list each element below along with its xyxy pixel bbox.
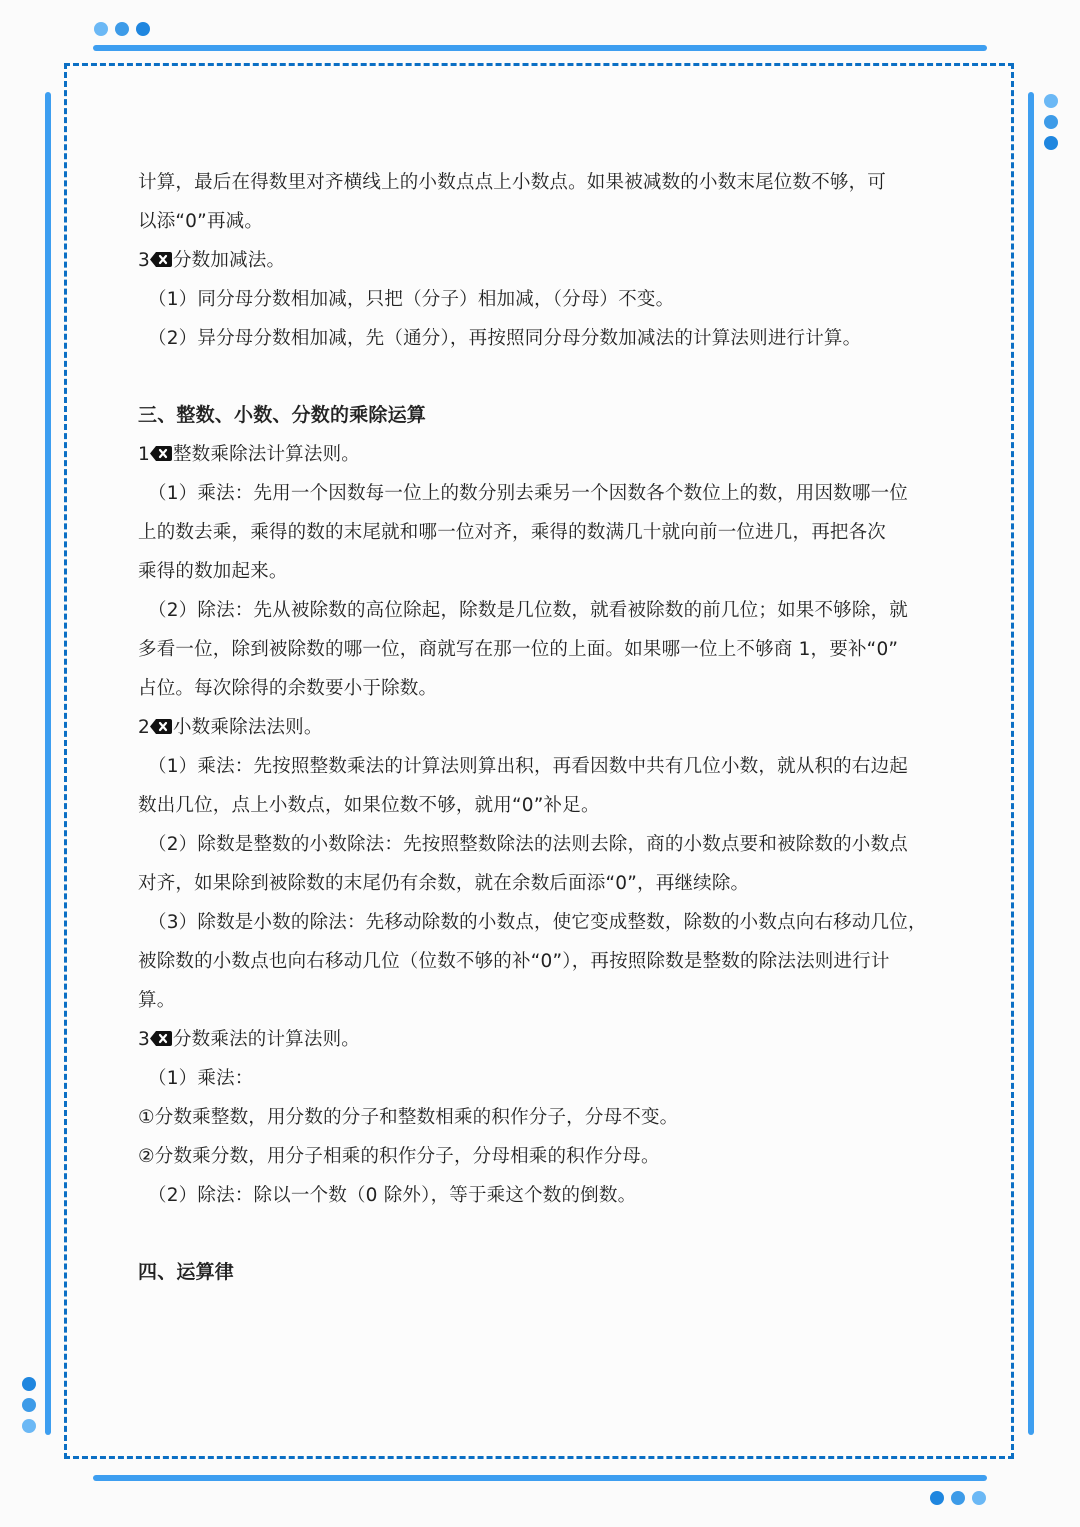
sub-item: （1）乘法：先按照整数乘法的计算法则算出积，再看因数中共有几位小数，就从积的右边… — [138, 747, 948, 786]
decor-dot-right-1 — [1044, 94, 1058, 108]
document-body: 计算，最后在得数里对齐横线上的小数点点上小数点。如果被减数的小数末尾位数不够，可… — [138, 163, 948, 1292]
list-item-heading: 2小数乘除法法则。 — [138, 708, 948, 747]
paragraph-line: ①分数乘整数，用分数的分子和整数相乘的积作分子，分母不变。 — [138, 1098, 948, 1137]
item-title: 分数加减法。 — [173, 250, 285, 271]
decor-dot-right-3 — [1044, 136, 1058, 150]
sub-item: （2）异分母分数相加减，先（通分），再按照同分母分数加减法的计算法则进行计算。 — [138, 319, 948, 358]
sub-item: （3）除数是小数的除法：先移动除数的小数点，使它变成整数，除数的小数点向右移动几… — [138, 903, 948, 942]
decor-bar-left — [45, 92, 51, 1435]
sub-item: （1）乘法： — [138, 1059, 948, 1098]
decor-dot-bottom-3 — [972, 1491, 986, 1505]
decor-dot-bottom-1 — [930, 1491, 944, 1505]
item-title: 分数乘法的计算法则。 — [173, 1029, 360, 1050]
decor-dot-left-1 — [22, 1377, 36, 1391]
sub-item: （1）乘法：先用一个因数每一位上的数分别去乘另一个因数各个数位上的数，用因数哪一… — [138, 474, 948, 513]
decor-dot-top-2 — [115, 22, 129, 36]
sub-item: （2）除数是整数的小数除法：先按照整数除法的法则去除，商的小数点要和被除数的小数… — [138, 825, 948, 864]
list-item-heading: 1整数乘除法计算法则。 — [138, 435, 948, 474]
decor-dot-left-2 — [22, 1398, 36, 1412]
sub-item: （2）除法：先从被除数的高位除起，除数是几位数，就看被除数的前几位；如果不够除，… — [138, 591, 948, 630]
sub-item: （1）同分母分数相加减，只把（分子）相加减，（分母）不变。 — [138, 280, 948, 319]
item-number: 1 — [138, 444, 150, 465]
section-heading: 三、整数、小数、分数的乘除运算 — [138, 396, 948, 435]
item-number: 2 — [138, 717, 150, 738]
decor-dot-top-1 — [94, 22, 108, 36]
decor-bar-bottom — [93, 1475, 987, 1481]
paragraph-line: 多看一位，除到被除数的哪一位，商就写在那一位的上面。如果哪一位上不够商 1，要补… — [138, 630, 948, 669]
decor-bar-top — [93, 45, 987, 51]
decor-dot-bottom-2 — [951, 1491, 965, 1505]
backspace-icon — [150, 1031, 172, 1046]
decor-bar-right — [1028, 92, 1034, 1435]
backspace-icon — [150, 719, 172, 734]
list-item-heading: 3分数加减法。 — [138, 241, 948, 280]
item-title: 整数乘除法计算法则。 — [173, 444, 360, 465]
backspace-icon — [150, 252, 172, 267]
paragraph-line: 数出几位，点上小数点，如果位数不够，就用“0”补足。 — [138, 786, 948, 825]
backspace-icon — [150, 446, 172, 461]
decor-dot-left-3 — [22, 1419, 36, 1433]
paragraph-line: 以添“0”再减。 — [138, 202, 948, 241]
item-number: 3 — [138, 250, 150, 271]
paragraph-line: 计算，最后在得数里对齐横线上的小数点点上小数点。如果被减数的小数末尾位数不够，可 — [138, 163, 948, 202]
paragraph-line: 算。 — [138, 981, 948, 1020]
item-title: 小数乘除法法则。 — [173, 717, 323, 738]
paragraph-line: 被除数的小数点也向右移动几位（位数不够的补“0”），再按照除数是整数的除法法则进… — [138, 942, 948, 981]
paragraph-line: 对齐，如果除到被除数的末尾仍有余数，就在余数后面添“0”，再继续除。 — [138, 864, 948, 903]
paragraph-line: 上的数去乘，乘得的数的末尾就和哪一位对齐，乘得的数满几十就向前一位进几，再把各次 — [138, 513, 948, 552]
paragraph-line: 乘得的数加起来。 — [138, 552, 948, 591]
paragraph-line: ②分数乘分数，用分子相乘的积作分子，分母相乘的积作分母。 — [138, 1137, 948, 1176]
item-number: 3 — [138, 1029, 150, 1050]
section-heading: 四、运算律 — [138, 1253, 948, 1292]
list-item-heading: 3分数乘法的计算法则。 — [138, 1020, 948, 1059]
decor-dot-top-3 — [136, 22, 150, 36]
decor-dot-right-2 — [1044, 115, 1058, 129]
sub-item: （2）除法：除以一个数（0 除外），等于乘这个数的倒数。 — [138, 1176, 948, 1215]
paragraph-line: 占位。每次除得的余数要小于除数。 — [138, 669, 948, 708]
